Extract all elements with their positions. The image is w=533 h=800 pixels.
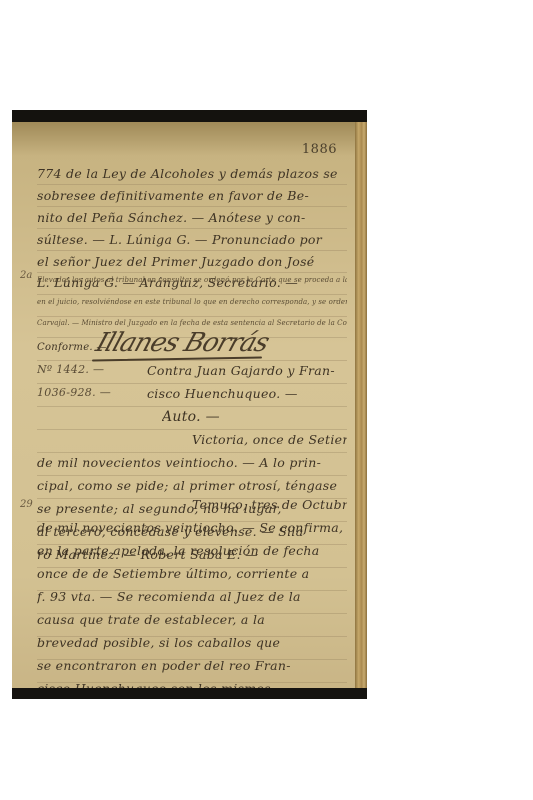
handwritten-line: súltese. — L. Lúniga G. — Pronunciado po…	[37, 232, 347, 247]
scan-border	[12, 688, 367, 699]
case-parties: cisco Huenchuqueo. —	[147, 386, 347, 401]
handwritten-line: cipal, como se pide; al primer otrosí, t…	[37, 478, 347, 493]
handwritten-line: causa que trate de establecer, a la	[37, 612, 347, 627]
margin-note: 2a	[20, 270, 32, 281]
ruled-line	[37, 406, 347, 407]
margin-note: 29	[20, 499, 33, 510]
ruled-line	[37, 316, 347, 317]
ruled-line	[37, 206, 347, 207]
ledger-page: 1886 774 de la Ley de Alcoholes y demás …	[12, 122, 355, 688]
page-edge	[355, 122, 367, 688]
handwritten-line: f. 93 vta. — Se recomienda al Juez de la	[37, 589, 347, 604]
handwritten-small-line: en el juicio, resolviéndose en este trib…	[37, 298, 347, 306]
handwritten-line: brevedad posible, si los caballos que	[37, 635, 347, 650]
case-title: Auto. —	[162, 409, 262, 425]
signature: Illanes Borrás	[92, 328, 272, 358]
ruled-line	[37, 383, 347, 384]
case-reference: 1036-928. —	[37, 386, 127, 399]
ruled-line	[37, 272, 347, 273]
ruled-line	[37, 475, 347, 476]
ruled-line	[37, 228, 347, 229]
handwritten-line: se encontraron en poder del reo Fran-	[37, 658, 347, 673]
handwritten-line: 774 de la Ley de Alcoholes y demás plazo…	[37, 166, 347, 181]
ruled-line	[37, 429, 347, 430]
ruled-line	[37, 452, 347, 453]
handwritten-line: de mil novecientos veintiocho. — Se conf…	[37, 520, 347, 535]
scanned-ledger: 1886 774 de la Ley de Alcoholes y demás …	[12, 110, 367, 699]
handwritten-line: Victoria, once de Setiembre	[192, 432, 347, 447]
ruled-line	[37, 294, 347, 295]
handwritten-line: de mil novecientos veintiocho. — A lo pr…	[37, 455, 347, 470]
ruled-line	[37, 250, 347, 251]
ruled-line	[37, 184, 347, 185]
handwritten-line: el señor Juez del Primer Juzgado don Jos…	[37, 254, 347, 269]
handwritten-small-line: Carvajal. — Ministro del Juzgado en la f…	[37, 319, 347, 327]
handwritten-line: nito del Peña Sánchez. — Anótese y con-	[37, 210, 347, 225]
handwritten-small-line: Elevados los autos al tribunal en consul…	[37, 276, 347, 284]
handwritten-line: Temuco, tres de Octubre	[192, 497, 347, 512]
ruled-line	[37, 360, 347, 361]
handwritten-line: once de de Setiembre último, corriente a	[37, 566, 347, 581]
case-number: Nº 1442. —	[37, 363, 127, 376]
handwritten-line: sobresee definitivamente en favor de Be-	[37, 188, 347, 203]
page-number: 1886	[302, 142, 337, 157]
case-parties: Contra Juan Gajardo y Fran-	[147, 363, 347, 378]
handwritten-line: en la parte apelada, la resolución de fe…	[37, 543, 347, 558]
